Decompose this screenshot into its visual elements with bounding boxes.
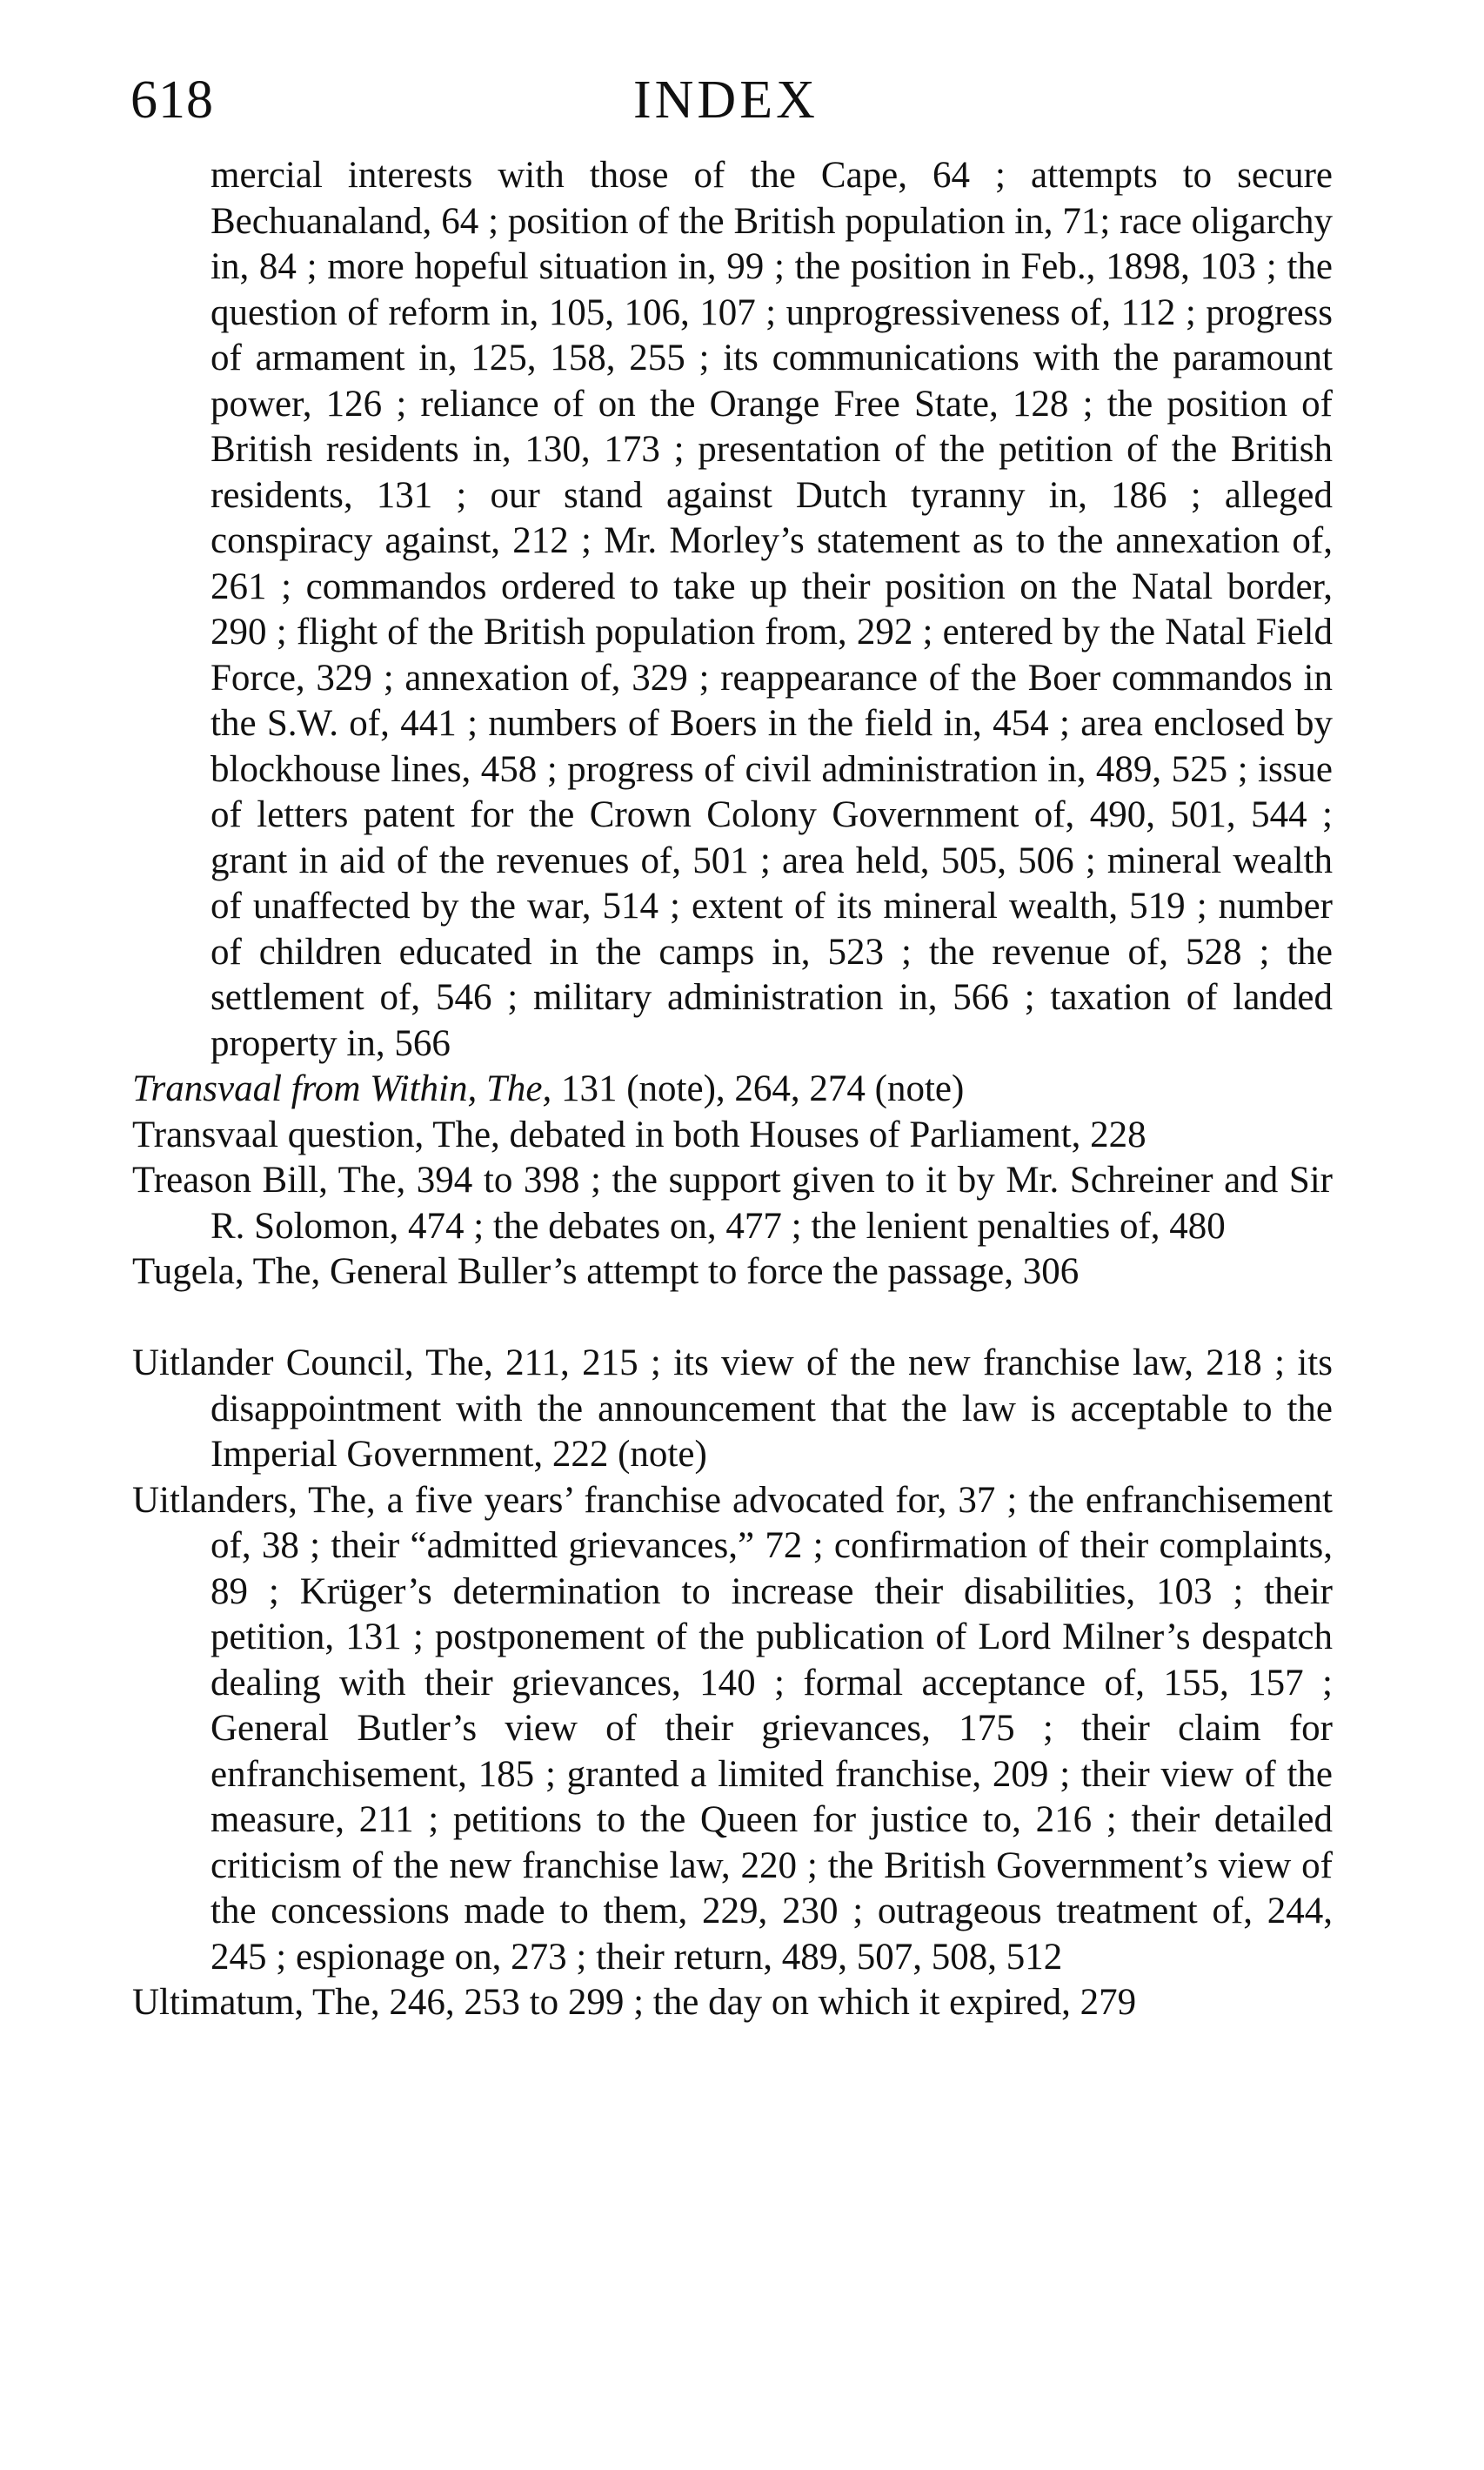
index-entry-transvaal-question: Transvaal question, The, debated in both…	[132, 1113, 1333, 1159]
index-entry-tugela: Tugela, The, General Buller’s attempt to…	[132, 1249, 1333, 1295]
page-number: 618	[130, 70, 214, 131]
page-title: INDEX	[633, 70, 819, 131]
index-entry-transvaal-continued: mercial interests with those of the Cape…	[132, 153, 1333, 1067]
book-title: Transvaal from Within, The,	[132, 1068, 551, 1109]
index-entry-transvaal-from-within: Transvaal from Within, The, 131 (note), …	[132, 1067, 1333, 1113]
index-entry-uitlander-council: Uitlander Council, The, 211, 215 ; its v…	[132, 1341, 1333, 1478]
index-entry-treason-bill: Treason Bill, The, 394 to 398 ; the supp…	[132, 1158, 1333, 1249]
running-head: 618 INDEX	[0, 0, 1484, 139]
entry-pages: 131 (note), 264, 274 (note)	[551, 1068, 964, 1109]
index-body: mercial interests with those of the Cape…	[132, 153, 1333, 2026]
index-entry-uitlanders: Uitlanders, The, a five years’ franchise…	[132, 1478, 1333, 1981]
letter-section-gap	[132, 1295, 1333, 1342]
index-entry-ultimatum: Ultimatum, The, 246, 253 to 299 ; the da…	[132, 1980, 1333, 2026]
